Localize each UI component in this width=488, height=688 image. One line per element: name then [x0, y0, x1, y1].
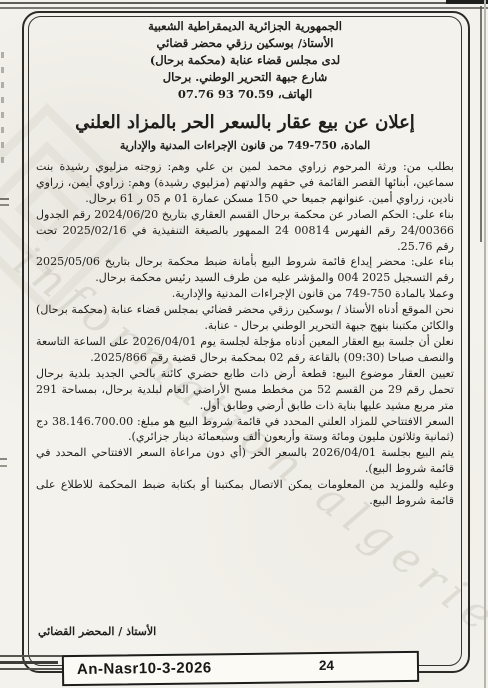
- letterhead-bailiff-name: الأستاذ/ بوسكين رزقي محضر قضائي: [36, 35, 454, 52]
- scan-artifact-right-rule-dark: [480, 6, 482, 242]
- scan-artifact-bottom-line-2: [0, 661, 58, 664]
- signature-line: الأستاذ / المحضر القضائي: [38, 625, 156, 638]
- top-rule-line: [0, 2, 488, 4]
- scan-artifact-right-rule: [484, 0, 486, 688]
- notice-body: بطلب من: ورثة المرحوم زراوي محمد لمين بن…: [36, 159, 454, 611]
- publication-source-box: An-Nasr10-3-2026 24: [62, 651, 419, 686]
- scan-artifact-bottom-line: [0, 655, 62, 657]
- body-paragraph-judgment: بناء على: الحكم الصادر عن محكمة برحال ال…: [36, 207, 454, 255]
- legal-article-reference: المادة، 750-749 من قانون الإجراءات المدن…: [36, 138, 454, 153]
- scan-artifact-left-dashes: [1, 52, 4, 170]
- scan-artifact-left-mark-2: [0, 458, 7, 460]
- page-number: 24: [319, 658, 334, 673]
- body-paragraph-request: بطلب من: ورثة المرحوم زراوي محمد لمين بن…: [36, 159, 454, 207]
- body-paragraph-property-description: تعيين العقار موضوع البيع: قطعة أرض ذات ط…: [36, 366, 454, 414]
- top-right-ink-bar: [446, 0, 488, 4]
- body-paragraph-free-price-sale: يتم البيع بجلسة 2026/04/01 بالسعر الحر (…: [36, 445, 454, 477]
- letterhead-court-line: لدى مجلس قضاء عنابة (محكمة برحال): [36, 52, 454, 69]
- notice-content: الجمهورية الجزائرية الديمقراطية الشعبية …: [36, 18, 454, 611]
- letterhead-republic-line: الجمهورية الجزائرية الديمقراطية الشعبية: [36, 18, 454, 35]
- top-rule-line-2: [0, 7, 488, 9]
- scan-artifact-bottom-line-3: [0, 668, 62, 670]
- letterhead-address-line: شارع جبهة التحرير الوطني. برحال: [36, 69, 454, 86]
- body-paragraph-session-date: نعلن أن جلسة بيع العقار المعين أدناه مؤج…: [36, 334, 454, 366]
- body-paragraph-bailiff-office: نحن الموقع أدناه الأستاذ / بوسكين رزقي م…: [36, 302, 454, 334]
- letterhead-phone-line: الهاتف، ‎07.76 93 70.59: [36, 86, 454, 103]
- body-paragraph-opening-price: السعر الافتتاحي للمزاد العلني المحدد في …: [36, 414, 454, 446]
- newspaper-scan-page: information algerie الجمهورية الجزائرية …: [0, 0, 488, 688]
- announcement-title: إعلان عن بيع عقار بالسعر الحر بالمزاد ال…: [36, 110, 454, 135]
- body-paragraph-article: وعملا بالمادة 750-749 من قانون الإجراءات…: [36, 286, 454, 302]
- scan-artifact-left-mark: [0, 198, 9, 200]
- publication-name-date: An-Nasr10-3-2026: [77, 659, 212, 678]
- body-paragraph-contact-info: وعليه وللمزيد من المعلومات يمكن الاتصال …: [36, 477, 454, 509]
- notice-letterhead: الجمهورية الجزائرية الديمقراطية الشعبية …: [36, 18, 454, 103]
- body-paragraph-deposit-report: بناء على: محضر إيداع قائمة شروط البيع بأ…: [36, 254, 454, 286]
